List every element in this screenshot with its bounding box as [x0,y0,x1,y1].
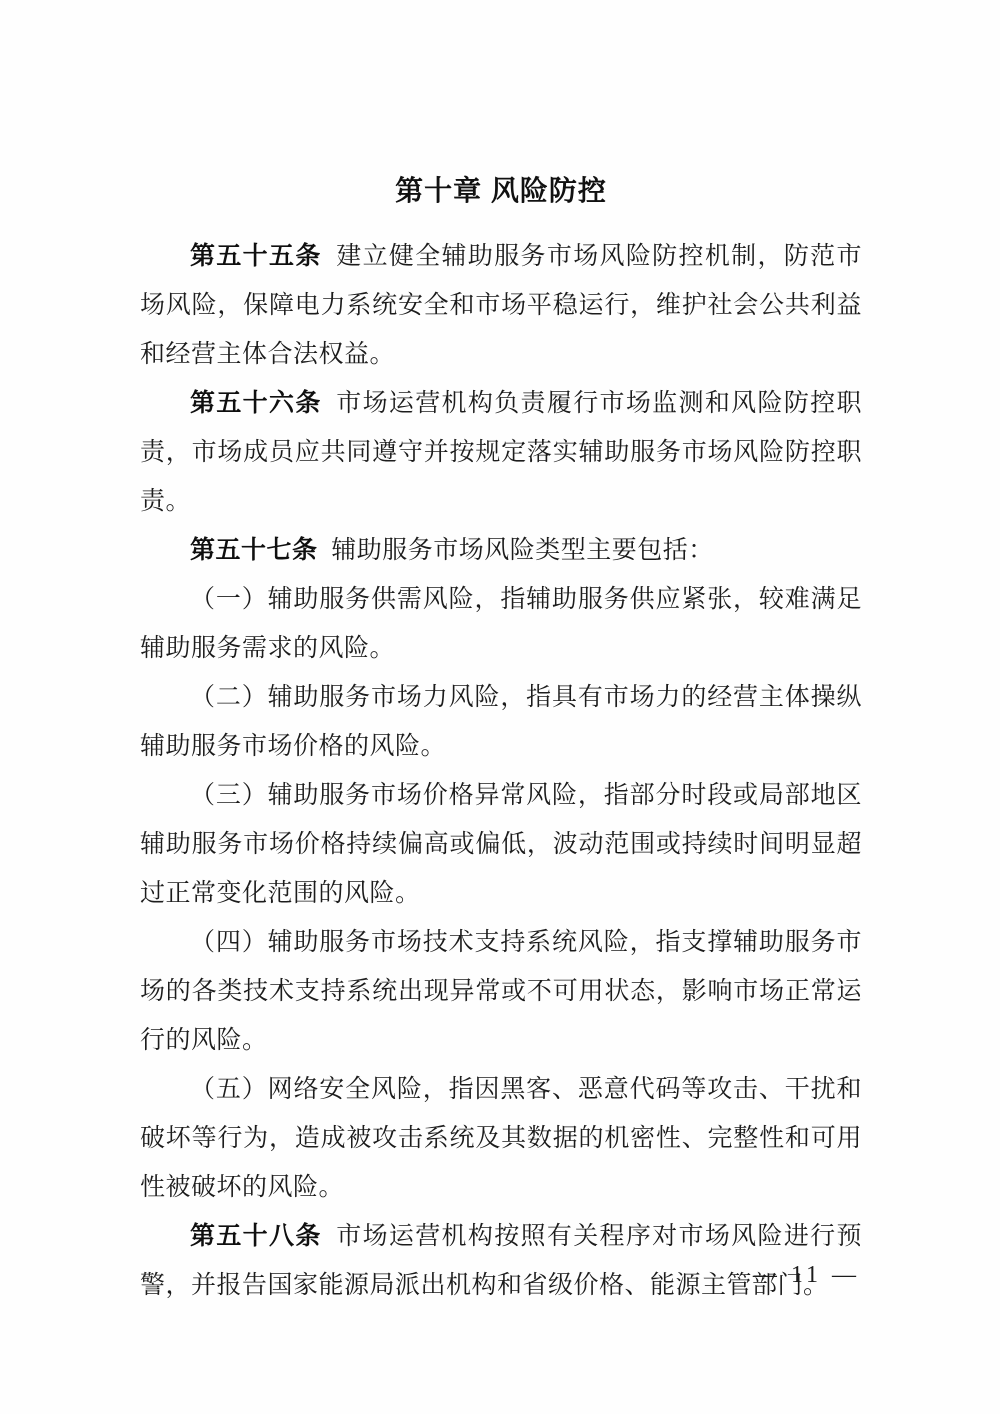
article-57-number: 第五十七条 [190,537,331,564]
chapter-title: 第十章 风险防控 [140,170,862,212]
document-body: 第十章 风险防控 第五十五条建立健全辅助服务市场风险防控机制，防范市场风险，保障… [140,170,862,1310]
document-page: 第十章 风险防控 第五十五条建立健全辅助服务市场风险防控机制，防范市场风险，保障… [0,0,1000,1414]
paragraph-risk-item-3: （三）辅助服务市场价格异常风险，指部分时段或局部地区辅助服务市场价格持续偏高或偏… [140,771,862,918]
risk-item-5-text: （五）网络安全风险，指因黑客、恶意代码等攻击、干扰和破坏等行为，造成被攻击系统及… [140,1076,862,1201]
article-55-number: 第五十五条 [190,243,335,270]
paragraph-risk-item-5: （五）网络安全风险，指因黑客、恶意代码等攻击、干扰和破坏等行为，造成被攻击系统及… [140,1065,862,1212]
risk-item-3-text: （三）辅助服务市场价格异常风险，指部分时段或局部地区辅助服务市场价格持续偏高或偏… [140,782,862,907]
page-number: — 11 — [753,1262,860,1289]
paragraph-risk-item-1: （一）辅助服务供需风险，指辅助服务供应紧张，较难满足辅助服务需求的风险。 [140,575,862,673]
article-56-number: 第五十六条 [190,390,335,417]
paragraph-risk-item-2: （二）辅助服务市场力风险，指具有市场力的经营主体操纵辅助服务市场价格的风险。 [140,673,862,771]
article-58-number: 第五十八条 [190,1223,335,1250]
risk-item-4-text: （四）辅助服务市场技术支持系统风险，指支撑辅助服务市场的各类技术支持系统出现异常… [140,929,862,1054]
paragraph-article-57: 第五十七条辅助服务市场风险类型主要包括： [140,526,862,575]
risk-item-2-text: （二）辅助服务市场力风险，指具有市场力的经营主体操纵辅助服务市场价格的风险。 [140,684,862,760]
paragraph-article-55: 第五十五条建立健全辅助服务市场风险防控机制，防范市场风险，保障电力系统安全和市场… [140,232,862,379]
paragraph-article-56: 第五十六条市场运营机构负责履行市场监测和风险防控职责，市场成员应共同遵守并按规定… [140,379,862,526]
risk-item-1-text: （一）辅助服务供需风险，指辅助服务供应紧张，较难满足辅助服务需求的风险。 [140,586,862,662]
paragraph-article-58: 第五十八条市场运营机构按照有关程序对市场风险进行预警，并报告国家能源局派出机构和… [140,1212,862,1310]
article-57-text: 辅助服务市场风险类型主要包括： [331,537,714,564]
paragraph-risk-item-4: （四）辅助服务市场技术支持系统风险，指支撑辅助服务市场的各类技术支持系统出现异常… [140,918,862,1065]
